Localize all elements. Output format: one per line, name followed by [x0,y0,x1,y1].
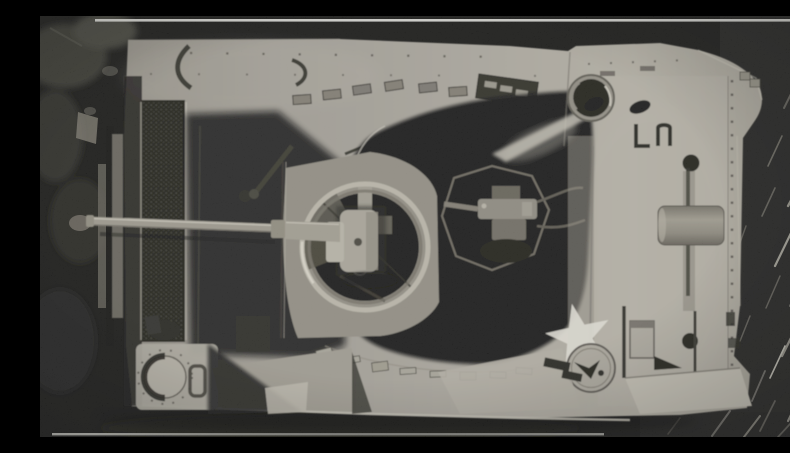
film-grain-overlay [40,16,790,437]
tank-overhead-photo: black-and-white halftone photograph [40,16,790,437]
